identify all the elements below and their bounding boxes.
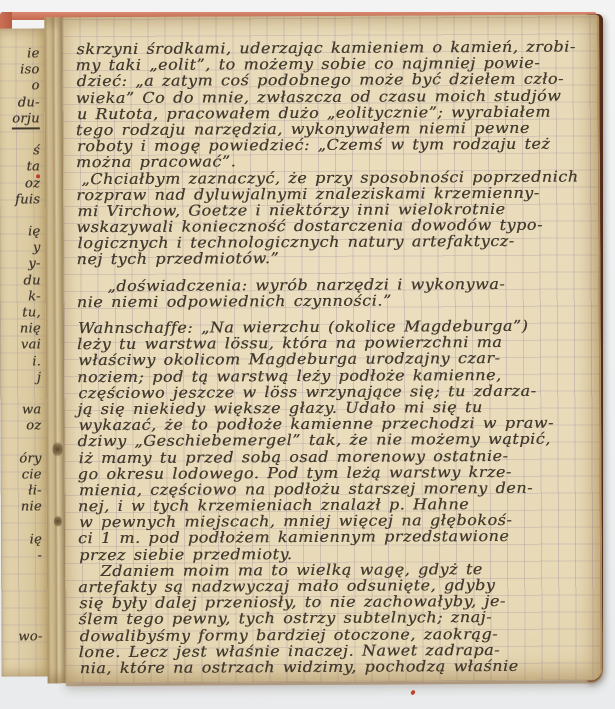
fragment-line: ię xyxy=(1,532,42,548)
fragment-line: orju xyxy=(0,111,40,127)
ink-stain xyxy=(54,515,62,527)
fragment-line: tu, xyxy=(0,305,41,321)
fragment-line: du- xyxy=(0,95,40,111)
handwriting-line: roboty i mogę powiedzieć: „Czemś w tym r… xyxy=(77,135,603,154)
fragment-line xyxy=(1,597,42,613)
fragment-line: fuis xyxy=(0,192,40,208)
handwriting-text: skrzyni środkami, uderzając kamieniem o … xyxy=(75,38,602,676)
fragment-line: iso xyxy=(0,63,40,79)
fragment-line: vai xyxy=(0,338,41,354)
fragment-line: oz xyxy=(0,419,41,435)
handwriting-paragraph: Wahnschaffe: „Na wierzchu (okolice Magde… xyxy=(77,317,603,563)
fragment-line: oz xyxy=(0,176,40,192)
facing-page-text-fragments: ieisoodu-orjuśtaozfuisięyy-duk-tu,nięvai… xyxy=(0,46,43,661)
red-speck xyxy=(36,174,40,178)
fragment-line xyxy=(1,516,42,532)
fragment-line: i. xyxy=(0,354,41,370)
handwriting-paragraph: Zdaniem moim ma to wielką wagę, gdyż tea… xyxy=(78,560,603,676)
handwriting-paragraph: skrzyni środkami, uderzając kamieniem o … xyxy=(75,38,602,170)
fragment-line: o xyxy=(0,79,40,95)
fragment-line xyxy=(1,613,42,629)
handwriting-line: nia, które na ostrzach widzimy, pochodzą… xyxy=(80,657,603,676)
ink-stain xyxy=(52,441,62,457)
fragment-line: wa xyxy=(0,402,41,418)
fragment-line xyxy=(1,581,42,597)
fragment-line xyxy=(2,645,43,661)
fragment-line: y xyxy=(0,241,41,257)
fragment-line: wo- xyxy=(1,629,42,645)
handwriting-paragraph: „Chciałbym zaznaczyć, że przy sposobnośc… xyxy=(76,168,603,268)
fragment-line: ta xyxy=(0,160,40,176)
handwriting-paragraph: „doświadczenia: wyrób narzędzi i wykonyw… xyxy=(77,275,603,310)
red-speck xyxy=(410,689,416,695)
notebook-pages: ieisoodu-orjuśtaozfuisięyy-duk-tu,nięvai… xyxy=(0,14,601,683)
fragment-line xyxy=(0,386,41,402)
fragment-line: du xyxy=(0,273,41,289)
fragment-line xyxy=(0,435,41,451)
fragment-line: nię xyxy=(0,322,41,338)
fragment-line: ię xyxy=(0,224,40,240)
fragment-line: y- xyxy=(0,257,41,273)
fragment-line: ie xyxy=(0,46,39,62)
notebook-scan: ieisoodu-orjuśtaozfuisięyy-duk-tu,nięvai… xyxy=(0,0,615,709)
fragment-line: k- xyxy=(0,289,41,305)
fragment-line: j xyxy=(0,370,41,386)
handwriting-line: nej tych przedmiotów.” xyxy=(76,249,602,268)
handwriting-line: nie niemi odpowiednich czynności.” xyxy=(77,291,603,310)
fragment-line: łi- xyxy=(1,483,42,499)
fragment-line: nie xyxy=(1,500,42,516)
facing-page-edge: ieisoodu-orjuśtaozfuisięyy-duk-tu,nięvai… xyxy=(0,28,48,676)
fragment-line: cie xyxy=(1,467,42,483)
fragment-line xyxy=(1,564,42,580)
fragment-line: óry xyxy=(1,451,42,467)
fragment-line: - xyxy=(1,548,42,564)
notebook-page: skrzyni środkami, uderzając kamieniem o … xyxy=(62,14,602,683)
fragment-line xyxy=(0,127,40,143)
fragment-line xyxy=(0,208,40,224)
fragment-line: ś xyxy=(0,143,40,159)
